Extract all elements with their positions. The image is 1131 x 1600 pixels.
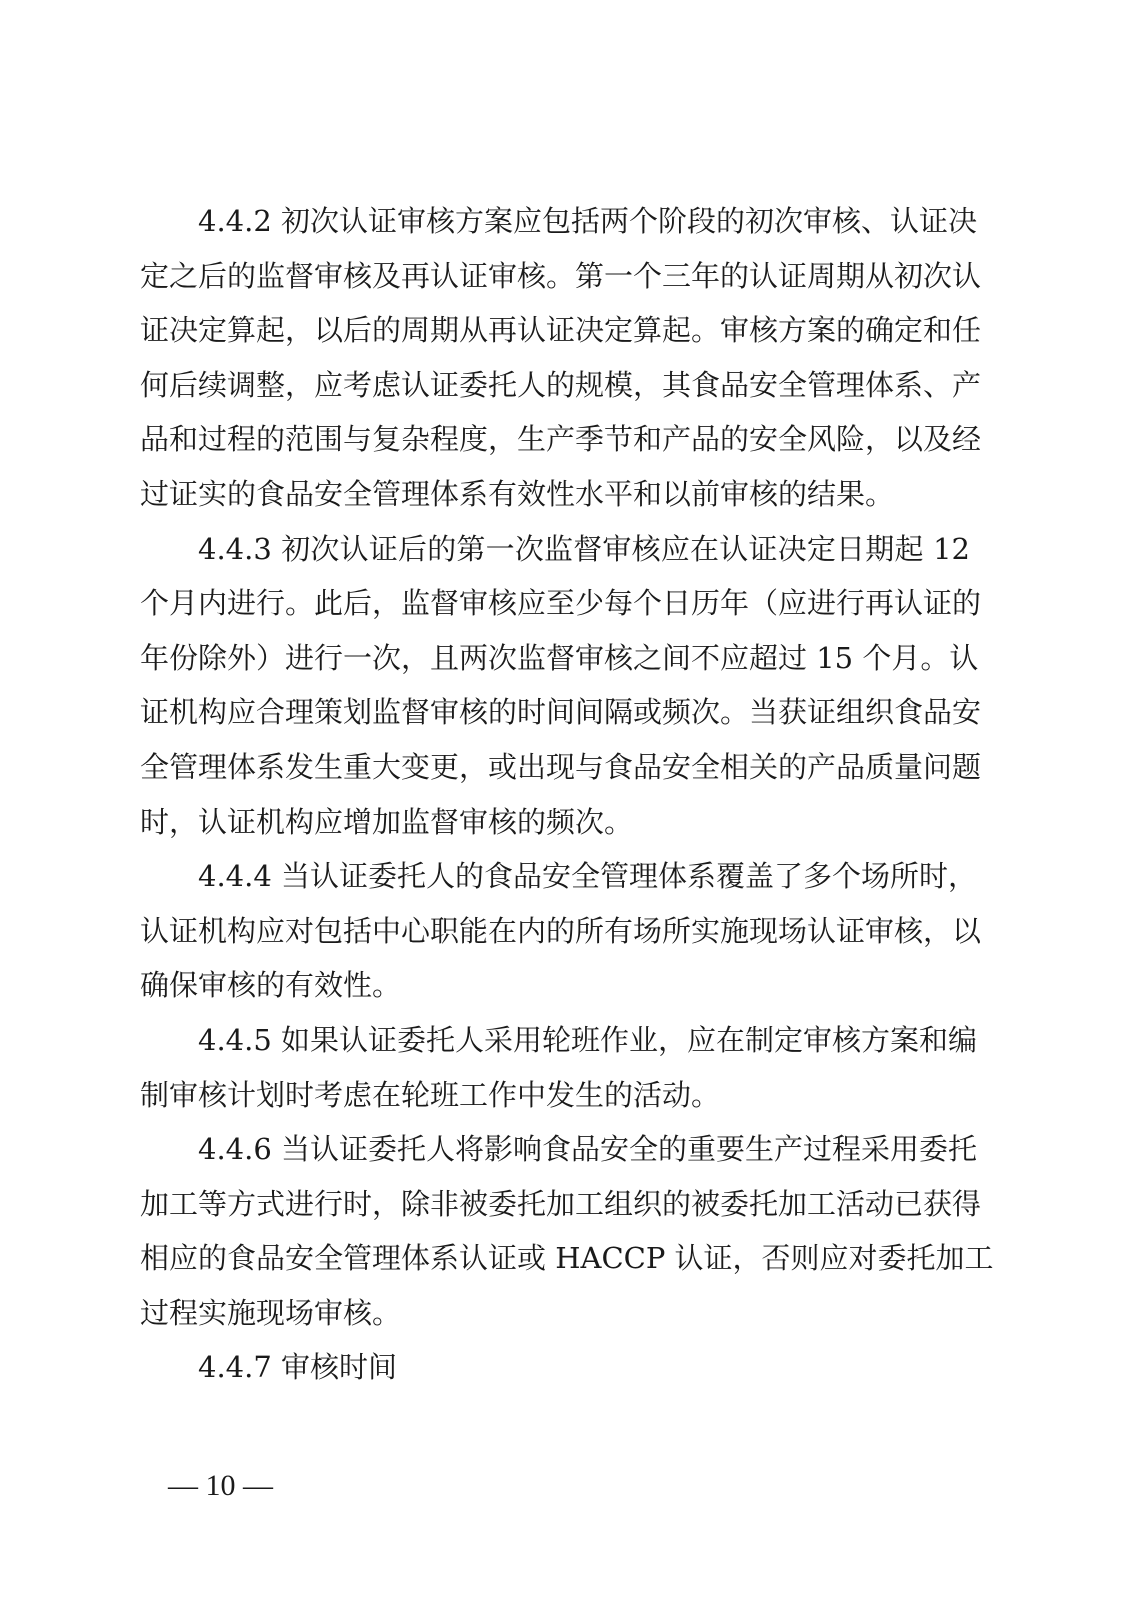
paragraph-line: 制审核计划时考虑在轮班工作中发生的活动。 bbox=[140, 1068, 970, 1123]
section-4-4-3: 4.4.3 初次认证后的第一次监督审核应在认证决定日期起 12 个月内进行。此后… bbox=[140, 522, 970, 850]
paragraph-line: 4.4.3 初次认证后的第一次监督审核应在认证决定日期起 12 bbox=[140, 522, 970, 577]
paragraph-line: 相应的食品安全管理体系认证或 HACCP 认证，否则应对委托加工 bbox=[140, 1231, 970, 1286]
section-4-4-7: 4.4.7 审核时间 bbox=[140, 1340, 970, 1395]
section-heading: 4.4.7 审核时间 bbox=[140, 1340, 970, 1395]
paragraph-line: 证决定算起，以后的周期从再认证决定算起。审核方案的确定和任 bbox=[140, 303, 970, 358]
paragraph-line: 何后续调整，应考虑认证委托人的规模，其食品安全管理体系、产 bbox=[140, 358, 970, 413]
paragraph-line: 时，认证机构应增加监督审核的频次。 bbox=[140, 795, 970, 850]
paragraph-line: 加工等方式进行时，除非被委托加工组织的被委托加工活动已获得 bbox=[140, 1177, 970, 1232]
paragraph-line: 证机构应合理策划监督审核的时间间隔或频次。当获证组织食品安 bbox=[140, 685, 970, 740]
paragraph-line: 定之后的监督审核及再认证审核。第一个三年的认证周期从初次认 bbox=[140, 249, 970, 304]
paragraph-line: 4.4.5 如果认证委托人采用轮班作业，应在制定审核方案和编 bbox=[140, 1013, 970, 1068]
paragraph-line: 个月内进行。此后，监督审核应至少每个日历年（应进行再认证的 bbox=[140, 576, 970, 631]
paragraph-line: 过程实施现场审核。 bbox=[140, 1286, 970, 1341]
paragraph-line: 认证机构应对包括中心职能在内的所有场所实施现场认证审核，以 bbox=[140, 904, 970, 959]
page-number: — 10 — bbox=[168, 1466, 273, 1506]
section-4-4-2: 4.4.2 初次认证审核方案应包括两个阶段的初次审核、认证决 定之后的监督审核及… bbox=[140, 194, 970, 522]
section-4-4-6: 4.4.6 当认证委托人将影响食品安全的重要生产过程采用委托 加工等方式进行时，… bbox=[140, 1122, 970, 1340]
paragraph-line: 全管理体系发生重大变更，或出现与食品安全相关的产品质量问题 bbox=[140, 740, 970, 795]
paragraph-line: 年份除外）进行一次，且两次监督审核之间不应超过 15 个月。认 bbox=[140, 631, 970, 686]
paragraph-line: 4.4.6 当认证委托人将影响食品安全的重要生产过程采用委托 bbox=[140, 1122, 970, 1177]
document-page: 4.4.2 初次认证审核方案应包括两个阶段的初次审核、认证决 定之后的监督审核及… bbox=[140, 194, 970, 1395]
section-4-4-5: 4.4.5 如果认证委托人采用轮班作业，应在制定审核方案和编 制审核计划时考虑在… bbox=[140, 1013, 970, 1122]
paragraph-line: 4.4.4 当认证委托人的食品安全管理体系覆盖了多个场所时， bbox=[140, 849, 970, 904]
paragraph-line: 品和过程的范围与复杂程度，生产季节和产品的安全风险，以及经 bbox=[140, 412, 970, 467]
paragraph-line: 4.4.2 初次认证审核方案应包括两个阶段的初次审核、认证决 bbox=[140, 194, 970, 249]
paragraph-line: 过证实的食品安全管理体系有效性水平和以前审核的结果。 bbox=[140, 467, 970, 522]
section-4-4-4: 4.4.4 当认证委托人的食品安全管理体系覆盖了多个场所时， 认证机构应对包括中… bbox=[140, 849, 970, 1013]
paragraph-line: 确保审核的有效性。 bbox=[140, 958, 970, 1013]
